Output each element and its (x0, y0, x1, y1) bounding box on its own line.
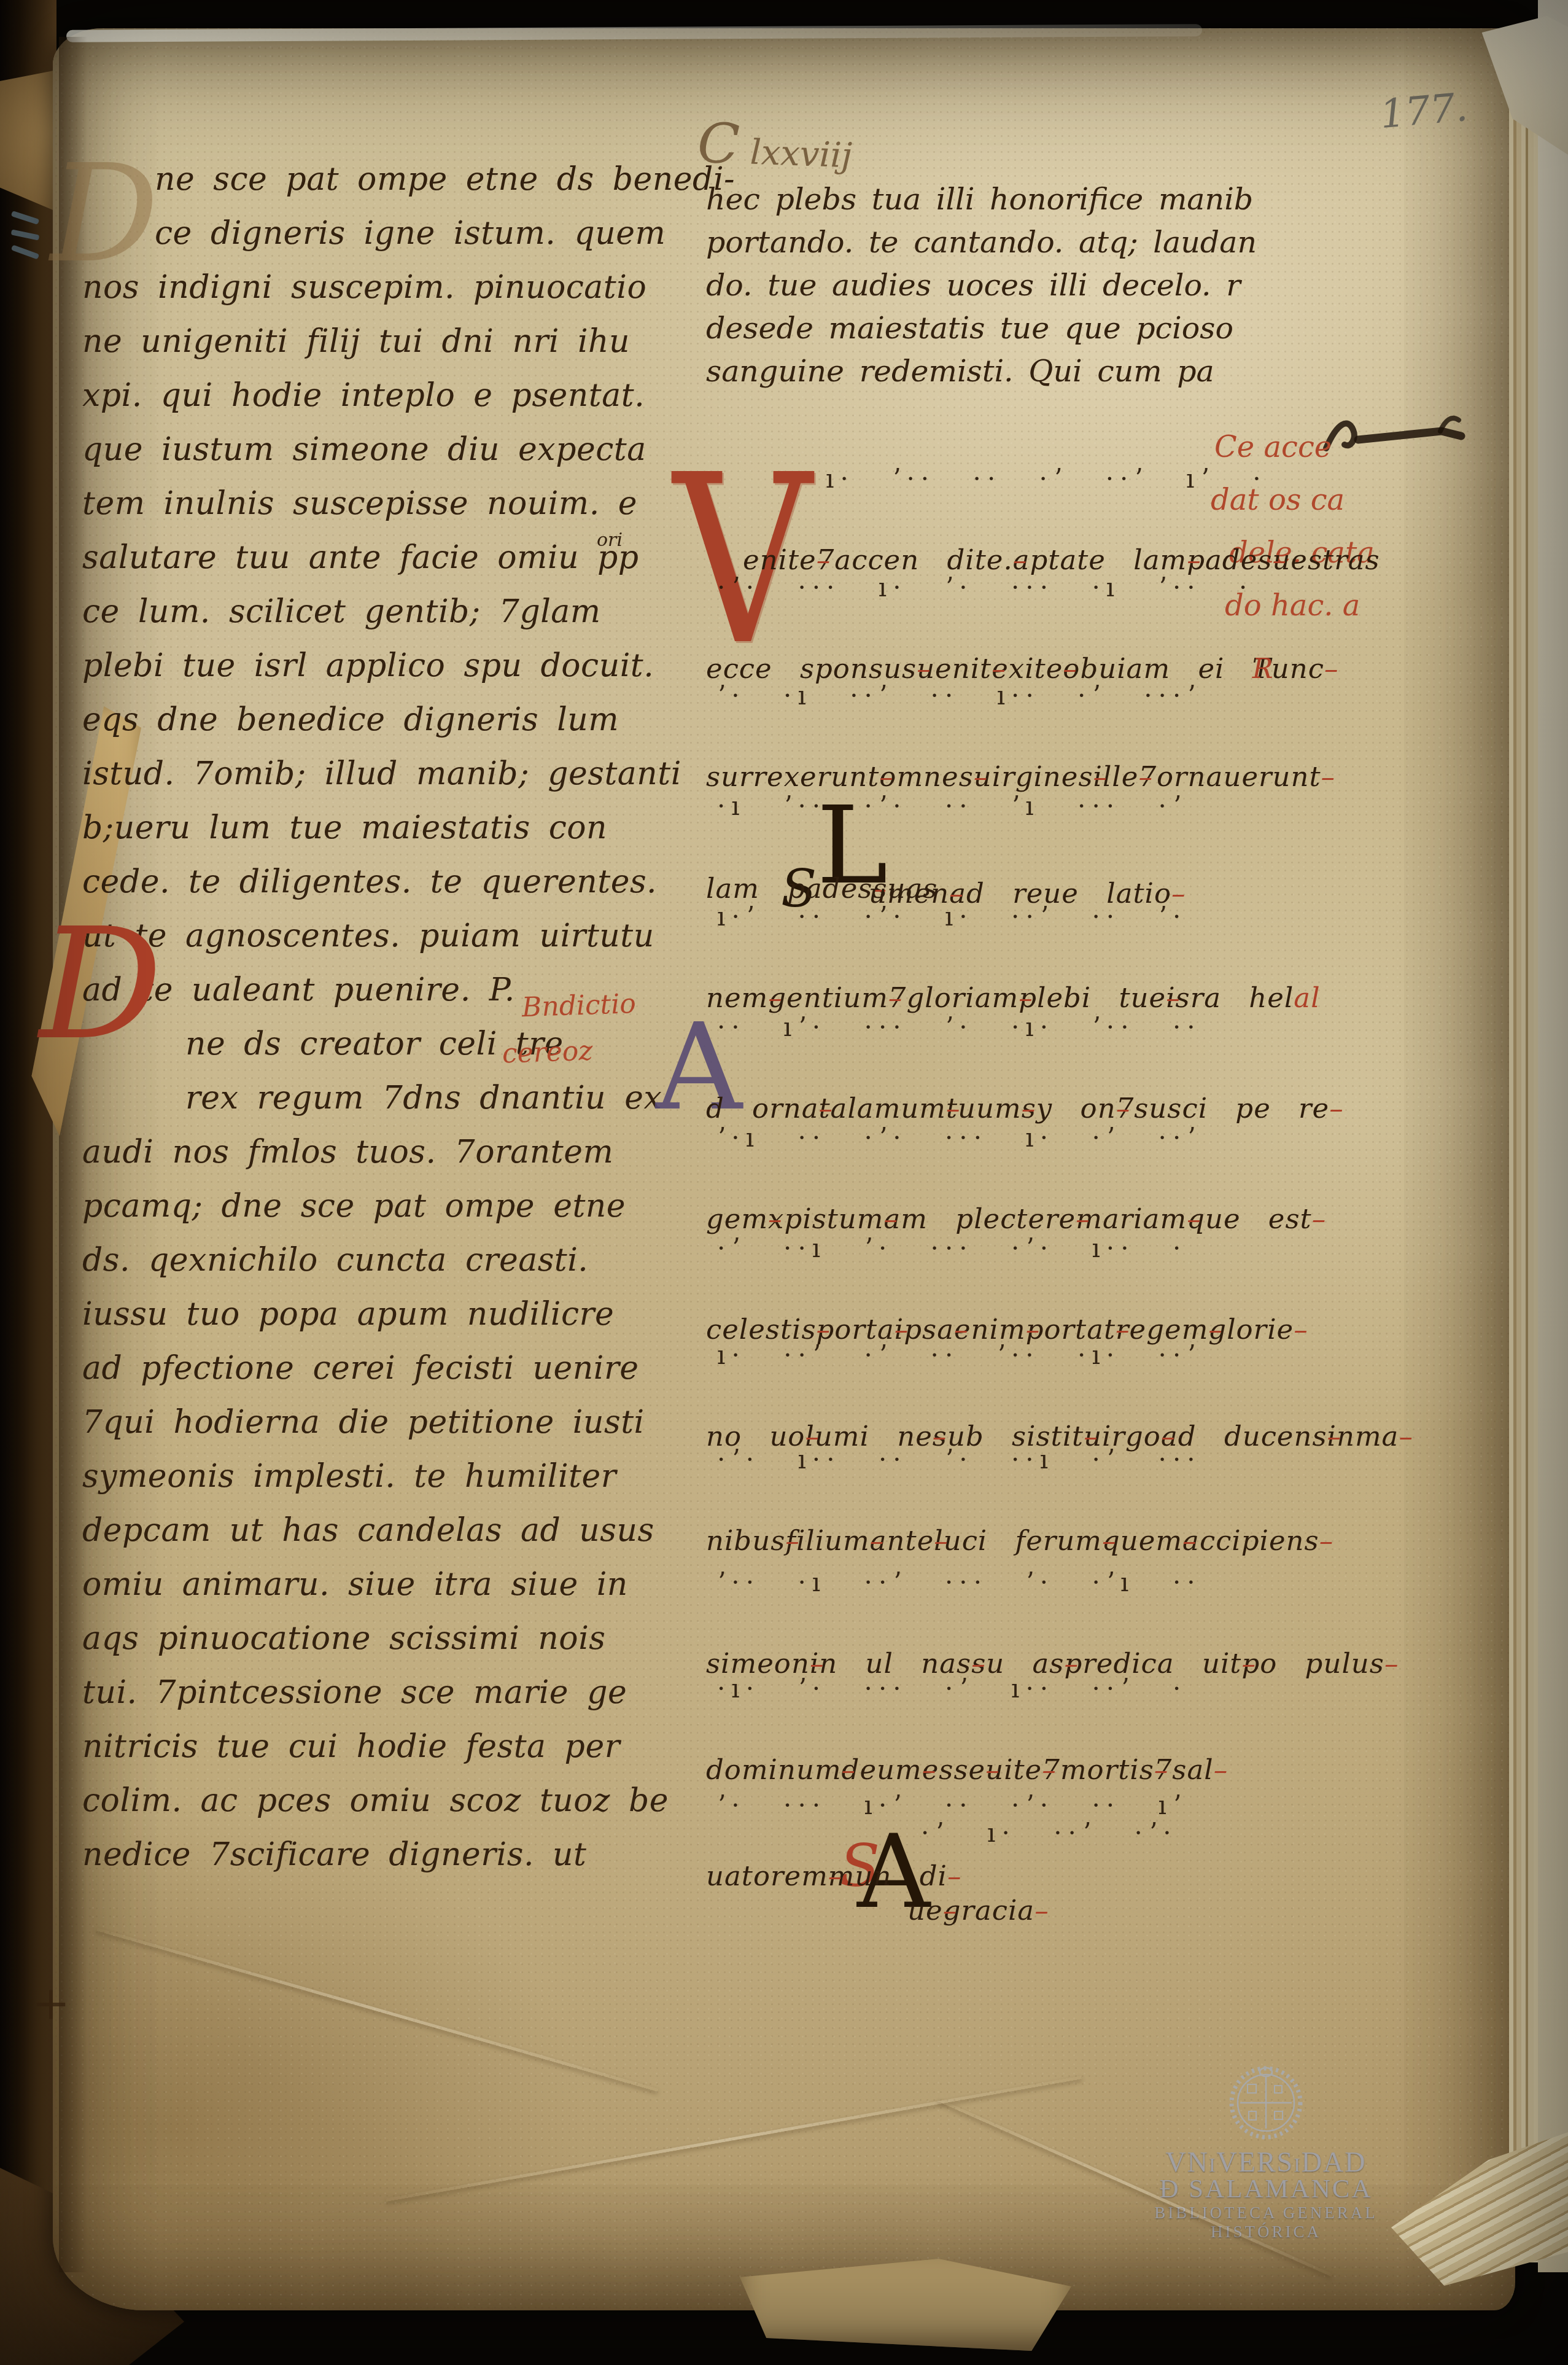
margin-rubric-line: Ce acce (1214, 430, 1332, 464)
manuscript-line: tem inulnis suscepisse nouim. e (82, 485, 659, 539)
manuscript-line: sanguine redemisti. Qui cum pa (706, 354, 1295, 397)
manuscript-line: symeonis implesti. te humiliter (82, 1458, 659, 1512)
flyleaf-edge (1538, 0, 1568, 2272)
manuscript-line: 7qui hodierna die petitione iusti (82, 1404, 659, 1458)
manuscript-line: ne unigeniti filij tui dni nri ihu (82, 323, 659, 377)
red-initial-D: D (39, 908, 162, 1061)
neume-band: ·ʼ ı· ··ʼ ·ʼ· (921, 1818, 1178, 1848)
chant-text-line: uatorem– mun di– (706, 1860, 947, 1892)
neume-band: ·ʼ ··ı ʼ· ··· ·ʼ· ı·· · (717, 1233, 1187, 1263)
manuscript-line: ut te agnoscentes. puiam uirtutu (82, 918, 659, 972)
chant-text-line: nem– gentium– 7gloriam– plebi tue– isra … (706, 981, 1294, 1014)
manuscript-line: nedice 7scificare digneris. ut (82, 1836, 659, 1890)
folio-number: 177. (1378, 85, 1469, 138)
manuscript-line: nos indigni suscepim. pinuocatio (82, 269, 659, 323)
manuscript-line: pcamq; dne sce pat ompe etne (82, 1188, 659, 1242)
neume-band: ·· ıʼ· ··· ʼ· ·ı· ʼ·· ·· (717, 1012, 1201, 1042)
margin-rubric-benedictio: Bndictio (521, 988, 636, 1023)
neume-band: ʼ·· ·ı ··ʼ ··· ʼ· ·ʼı ·· (717, 1567, 1201, 1597)
left-text-column: ne sce pat ompe etne ds benedi-ce digner… (82, 161, 659, 1890)
chant-text-line: d orna– talamum– tuum– sy on– 7susci pe … (706, 1092, 1329, 1124)
manuscript-line: nitricis tue cui hodie festa per (82, 1728, 659, 1782)
manuscript-line: iussu tuo popa apum nudilicre (82, 1296, 659, 1350)
manuscript-line: audi nos fmlos tuos. 7orantem (82, 1134, 659, 1188)
manuscript-line: hec plebs tua illi honorifice manib (706, 182, 1295, 225)
manuscript-line: ce digneris igne istum. quem (82, 215, 659, 269)
manuscript-line: omiu animaru. siue itra siue in (82, 1566, 659, 1620)
chant-text-line: celestis– porta– ipsa– enim– portat– reg… (706, 1313, 1294, 1346)
neume-band: ʼ· ·ı ··ʼ ·· ı·· ·ʼ ···ʼ (717, 680, 1201, 711)
manuscript-line: istud. 7omib; illud manib; gestanti (82, 755, 659, 809)
chant-text-line: dominum– deum– esse– uite– 7mortis– 7sal… (706, 1753, 1214, 1786)
manuscript-line: colim. ac pces omiu scoz tuoz be (82, 1782, 659, 1836)
chant-text-line: nibus– filium– ante– luci ferum– quem– a… (706, 1524, 1319, 1557)
watermark-salamanca: Ð SALAMANCA (1131, 2174, 1401, 2204)
chant-text-line: surrexerunt– omnes– uirgines– ille– 7orn… (706, 760, 1321, 793)
chant-text-line: no uo– lumi ne– sub sistit– uirgo– ad du… (706, 1420, 1399, 1452)
manuscript-line: tui. 7pintcessione sce marie ge (82, 1674, 659, 1728)
manuscript-line: do. tue audies uoces illi decelo. r (706, 268, 1295, 311)
manuscript-line: depcam ut has candelas ad usus (82, 1512, 659, 1566)
manuscript-line: xpi. qui hodie inteplo e psentat. (82, 377, 659, 431)
university-seal-icon (1229, 2063, 1303, 2140)
manuscript-line: cede. te diligentes. te querentes. (82, 863, 659, 918)
chant-text-line: ue– gracia– (907, 1894, 1034, 1927)
manuscript-line: b;ueru lum tue maiestatis con (82, 809, 659, 863)
manuscript-line: eqs dne benedice digneris lum (82, 701, 659, 755)
chant-text-line: ecce sponsus– uenit– exite– obuiam ei R … (706, 652, 1324, 685)
manuscript-line: plebi tue isrl applico spu docuit. (82, 647, 659, 701)
neume-band: ʼ· ··· ı·ʼ ·· ·ʼ· ·· ıʼ (717, 1790, 1187, 1820)
manuscript-line: rex regum 7dns dnantiu ex (82, 1080, 659, 1134)
margin-cross-mark: + (32, 1977, 70, 2030)
chant-text-line: gem– xpistum– am plectere– mariam– que e… (706, 1202, 1312, 1235)
manuscript-line: desede maiestatis tue que pcioso (706, 311, 1295, 354)
chant-text-line: simeon– in ul nas– su as– predica uit– p… (706, 1647, 1384, 1680)
manuscript-line: portando. te cantando. atq; laudan (706, 225, 1295, 268)
neume-band: ·ı ʼ·· ·ʼ· ·· ʼı ··· ·ʼ (717, 791, 1187, 821)
chapter-numeral: C lxxviij (696, 112, 853, 181)
margin-rubric-cereoz: cereoz (502, 1035, 593, 1069)
manuscript-line: aqs pinuocatione scissimi nois (82, 1620, 659, 1674)
chant-text-line: umen– ad reue latio– (869, 877, 1171, 910)
interlinear-gloss: ori (597, 529, 623, 551)
manuscript-line: ds. qexnichilo cuncta creasti. (82, 1242, 659, 1296)
manuscript-page-photo: D ne sce pat ompe etne ds benedi-ce dign… (0, 0, 1568, 2365)
right-text-column: hec plebs tua illi honorifice manibporta… (706, 182, 1295, 397)
manuscript-line: salutare tuu ante facie omiu pp (82, 539, 659, 593)
manuscript-line: que iustum simeone diu expecta (82, 431, 659, 485)
neume-band: ı· ʼ·· ·· ·ʼ ··ʼ ıʼ · (826, 464, 1267, 494)
manuscript-line: ad pfectione cerei fecisti uenire (82, 1350, 659, 1404)
neume-band: ʼ·ı ·· ·ʼ· ··· ı· ·ʼ ··ʼ (717, 1123, 1201, 1153)
chant-text-line: enite– 7accen dite.– aptate lam– pades– … (743, 544, 1380, 576)
watermark-library: BIBLIOTECA GENERAL HISTÓRICA (1131, 2203, 1401, 2242)
neume-band: ·ʼ· ··· ı· ʼ· ··· ·ı ʼ·· · (717, 572, 1253, 602)
manuscript-line: ce lum. scilicet gentib; 7glam (82, 593, 659, 647)
manuscript-line: ne sce pat ompe etne ds benedi- (82, 161, 659, 215)
ink-scribble (1320, 405, 1467, 467)
